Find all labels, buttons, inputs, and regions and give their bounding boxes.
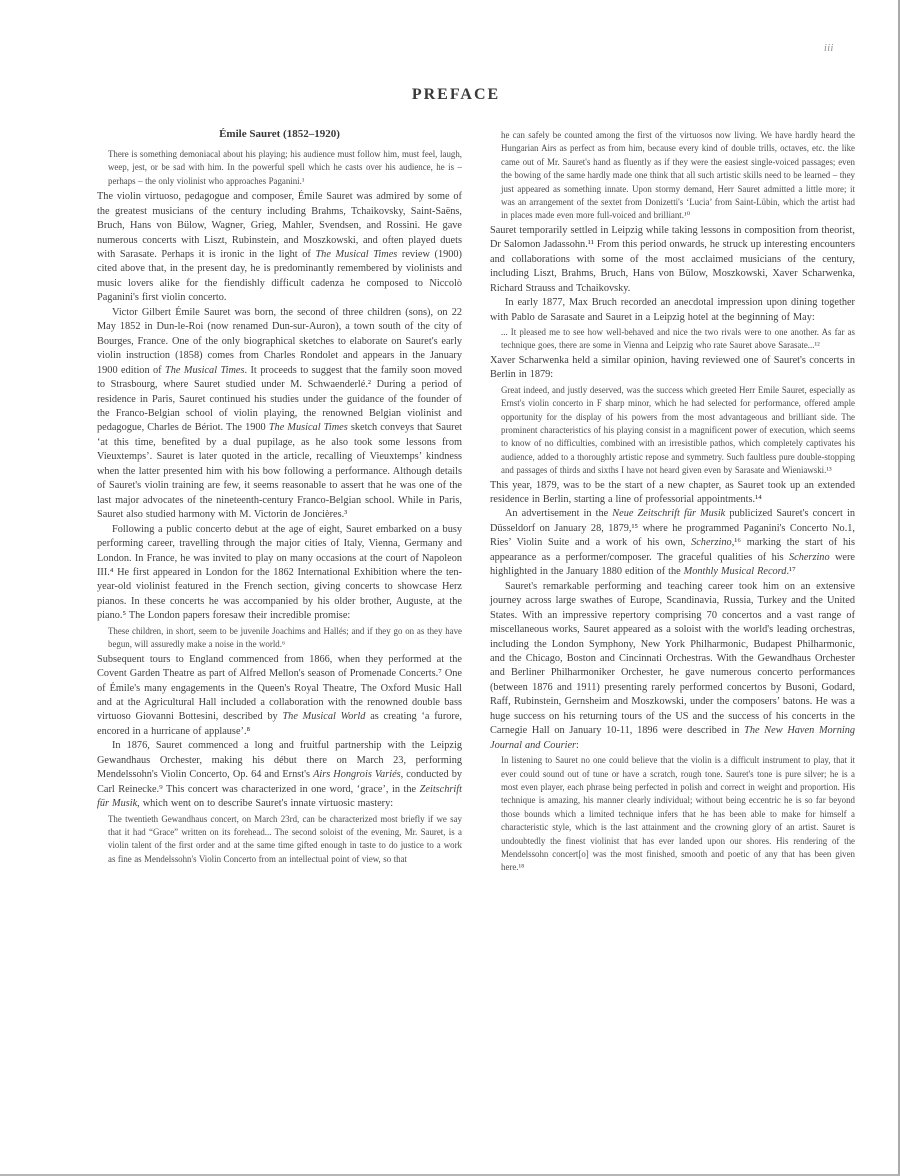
block-quote: These children, in short, seem to be juv… [108,625,462,652]
paragraph: Following a public concerto debut at the… [97,523,462,624]
paragraph: In early 1877, Max Bruch recorded an ane… [490,296,855,325]
two-column-layout: Émile Sauret (1852–1920) There is someth… [97,128,855,876]
paragraph: An advertisement in the Neue Zeitschrift… [490,507,855,579]
paragraph: In 1876, Sauret commenced a long and fru… [97,739,462,811]
block-quote: ... It pleased me to see how well-behave… [501,326,855,353]
paragraph: Sauret's remarkable performing and teach… [490,580,855,753]
paragraph: Victor Gilbert Émile Sauret was born, th… [97,306,462,523]
paragraph: This year, 1879, was to be the start of … [490,479,855,508]
page-title: PREFACE [0,86,900,104]
paragraph: Sauret temporarily settled in Leipzig wh… [490,224,855,296]
block-quote: Great indeed, and justly deserved, was t… [501,384,855,478]
paragraph: The violin virtuoso, pedagogue and compo… [97,190,462,306]
paragraph: Xaver Scharwenka held a similar opinion,… [490,354,855,383]
right-column: he can safely be counted among the first… [490,128,855,876]
page-number: iii [824,43,834,54]
section-heading: Émile Sauret (1852–1920) [97,128,462,140]
left-column: Émile Sauret (1852–1920) There is someth… [97,128,462,876]
block-quote: The twentieth Gewandhaus concert, on Mar… [108,813,462,867]
book-page: iii PREFACE Émile Sauret (1852–1920) The… [0,0,900,1176]
paragraph: Subsequent tours to England commenced fr… [97,653,462,740]
block-quote: In listening to Sauret no one could beli… [501,754,855,875]
block-quote-continuation: he can safely be counted among the first… [501,129,855,223]
epigraph-quote: There is something demoniacal about his … [108,148,462,188]
